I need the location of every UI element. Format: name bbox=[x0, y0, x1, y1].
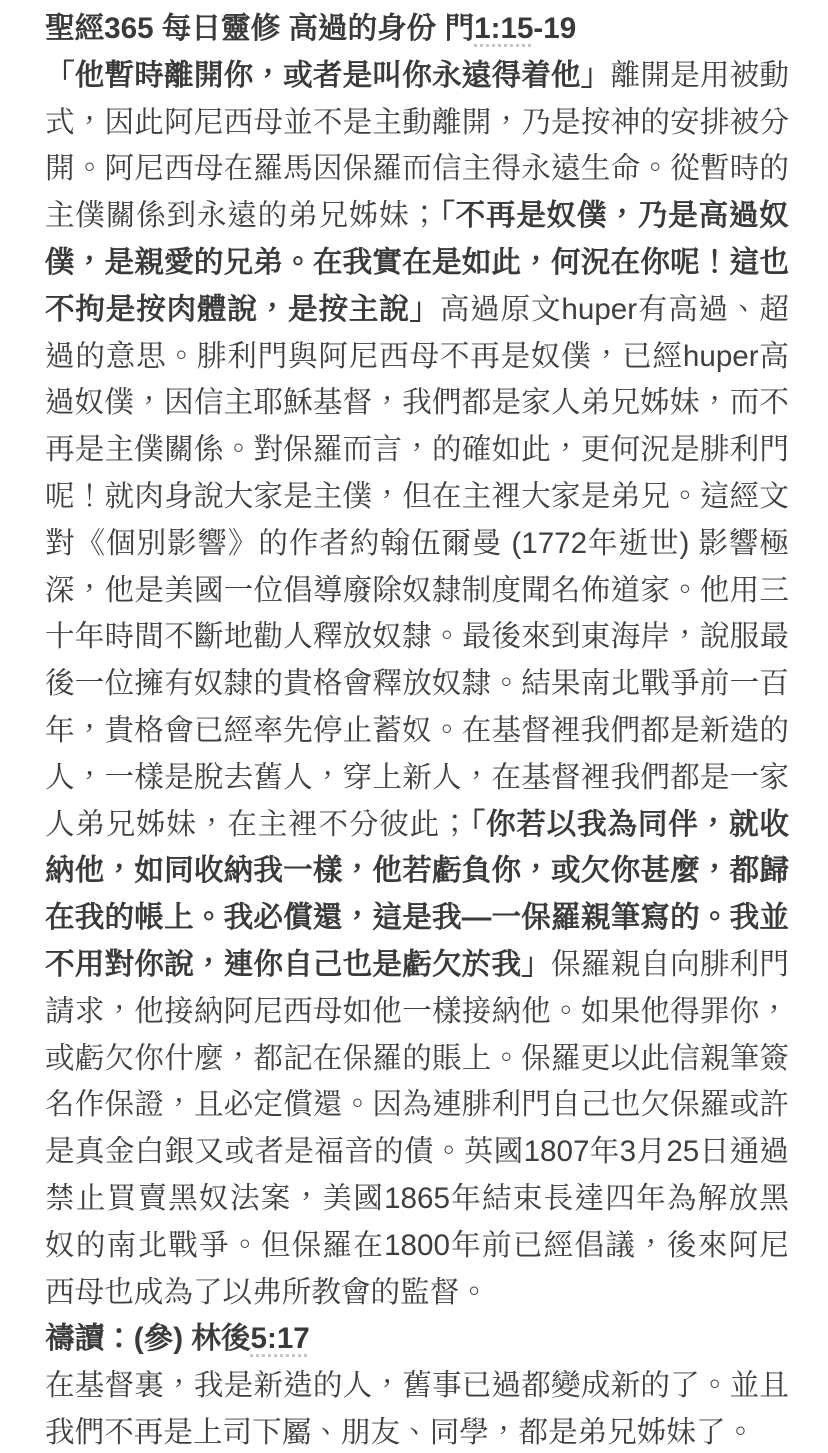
devotional-document: 聖經365 每日靈修 高過的身份 門1:15-19「他暫時離開你，或者是叫你永遠… bbox=[0, 0, 828, 1453]
reading-body: 在基督裏，我是新造的人，舊事已過都變成新的了。並且我們不再是上司下屬、朋友、同學… bbox=[45, 1363, 789, 1453]
text-run: 聖經365 每日靈修 高過的身份 門 bbox=[45, 12, 474, 45]
scripture-ref-link[interactable]: 5:17 bbox=[251, 1322, 310, 1355]
text-run: 「他暫時離開你，或者是叫你永遠得着他」 bbox=[45, 59, 611, 92]
text-run: 保羅親自向腓利門請求，他接納阿尼西母如他一樣接納他。如果他得罪你，或虧欠你什麼，… bbox=[45, 948, 789, 1309]
text-run: -19 bbox=[533, 12, 576, 45]
reading-heading: 禱讀：(參) 林後5:17 bbox=[45, 1316, 789, 1363]
text-run: 禱讀：(參) 林後 bbox=[45, 1322, 251, 1355]
title-heading: 聖經365 每日靈修 高過的身份 門1:15-19 bbox=[45, 6, 789, 53]
text-run: 高過原文huper有高過、超過的意思。腓利門與阿尼西母不再是奴僕，已經huper… bbox=[45, 293, 789, 841]
text-run: 在基督裏，我是新造的人，舊事已過都變成新的了。並且我們不再是上司下屬、朋友、同學… bbox=[45, 1369, 789, 1449]
devotional-body: 「他暫時離開你，或者是叫你永遠得着他」離開是用被動式，因此阿尼西母並不是主動離開… bbox=[45, 53, 789, 1317]
scripture-ref-link[interactable]: 1:15 bbox=[474, 12, 533, 45]
